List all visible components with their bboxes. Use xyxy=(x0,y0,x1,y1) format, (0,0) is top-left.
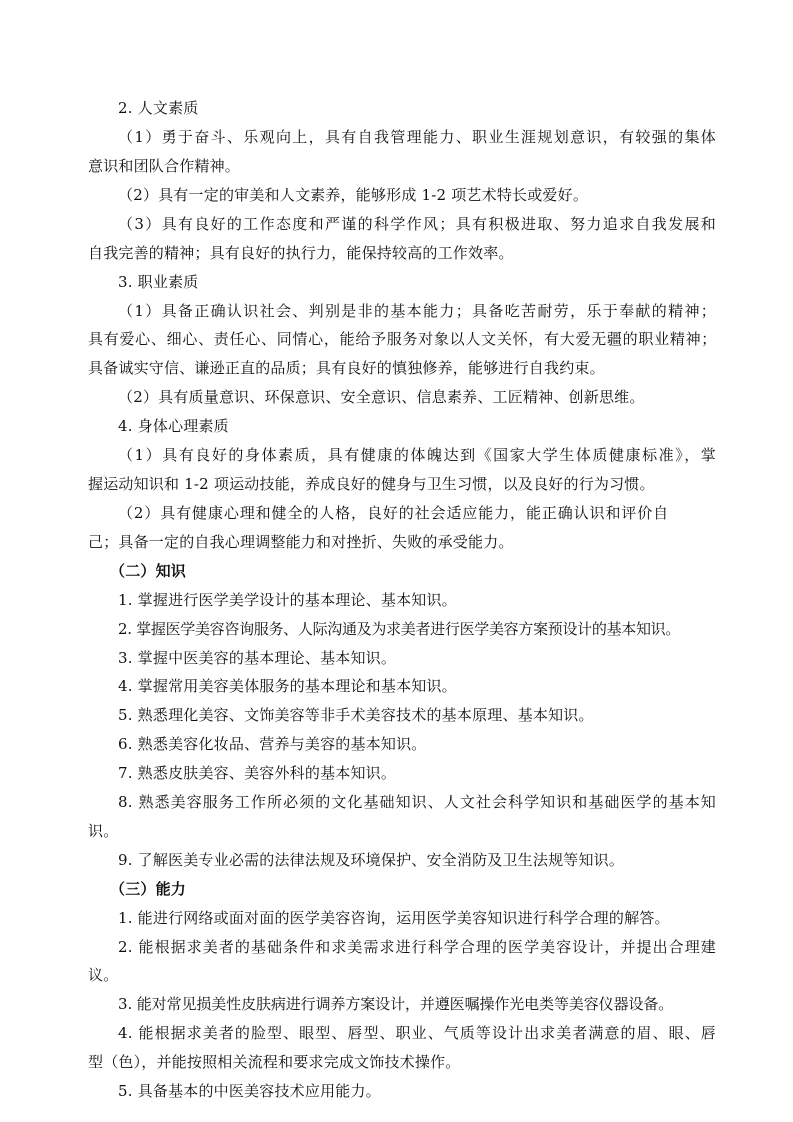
list-item: 7. 熟悉皮肤美容、美容外科的基本知识。 xyxy=(118,763,748,783)
paragraph-line: 具有爱心、细心、责任心、同情心，能给予服务对象以人文关怀，有大爱无疆的职业精神； xyxy=(88,329,716,349)
list-item-continuation: 识。 xyxy=(88,821,718,841)
list-item: 9. 了解医美专业必需的法律法规及环境保护、安全消防及卫生法规等知识。 xyxy=(118,850,748,870)
list-item: 3. 能对常见损美性皮肤病进行调养方案设计，并遵医嘱操作光电类等美容仪器设备。 xyxy=(118,994,748,1014)
document-page: 2. 人文素质 （1）勇于奋斗、乐观向上，具有自我管理能力、职业生涯规划意识，有… xyxy=(0,0,793,1122)
paragraph-line: 具备诚实守信、谦逊正直的品质；具有良好的慎独修养，能够进行自我约束。 xyxy=(88,358,718,378)
section-heading-knowledge: （二）知识 xyxy=(110,561,740,581)
paragraph-line: 己；具备一定的自我心理调整能力和对挫折、失败的承受能力。 xyxy=(88,532,718,552)
list-item: 1. 能进行网络或面对面的医学美容咨询，运用医学美容知识进行科学合理的解答。 xyxy=(118,908,748,928)
list-item-continuation: 型（色），并能按照相关流程和要求完成文饰技术操作。 xyxy=(88,1052,718,1072)
paragraph-line: （2）具有质量意识、环保意识、安全意识、信息素养、工匠精神、创新思维。 xyxy=(118,387,748,407)
list-item: 4. 掌握常用美容美体服务的基本理论和基本知识。 xyxy=(118,676,748,696)
list-item: 5. 熟悉理化美容、文饰美容等非手术美容技术的基本原理、基本知识。 xyxy=(118,705,748,725)
paragraph-line: （3）具有良好的工作态度和严谨的科学作风；具有积极进取、努力追求自我发展和 xyxy=(118,214,716,234)
subsection-title: 2. 人文素质 xyxy=(118,98,748,118)
paragraph-line: （1）具有良好的身体素质，具有健康的体魄达到《国家大学生体质健康标准》，掌 xyxy=(118,445,716,465)
list-item: 8. 熟悉美容服务工作所必须的文化基础知识、人文社会科学知识和基础医学的基本知 xyxy=(118,792,716,812)
list-item: 2. 能根据求美者的基础条件和求美需求进行科学合理的医学美容设计，并提出合理建 xyxy=(118,937,716,957)
subsection-title: 3. 职业素质 xyxy=(118,272,748,292)
list-item: 6. 熟悉美容化妆品、营养与美容的基本知识。 xyxy=(118,734,748,754)
subsection-title: 4. 身体心理素质 xyxy=(118,416,748,436)
section-heading-ability: （三）能力 xyxy=(110,879,740,899)
paragraph-line: （2）具有健康心理和健全的人格，良好的社会适应能力，能正确认识和评价自 xyxy=(118,503,748,523)
list-item: 2. 掌握医学美容咨询服务、人际沟通及为求美者进行医学美容方案预设计的基本知识。 xyxy=(118,619,748,639)
list-item: 3. 掌握中医美容的基本理论、基本知识。 xyxy=(118,648,748,668)
paragraph-line: 意识和团队合作精神。 xyxy=(88,156,718,176)
paragraph-line: （1）具备正确认识社会、判别是非的基本能力；具备吃苦耐劳，乐于奉献的精神； xyxy=(118,301,716,321)
list-item: 1. 掌握进行医学美学设计的基本理论、基本知识。 xyxy=(118,590,748,610)
paragraph-line: 握运动知识和 1-2 项运动技能，养成良好的健身与卫生习惯，以及良好的行为习惯。 xyxy=(88,474,718,494)
list-item: 4. 能根据求美者的脸型、眼型、唇型、职业、气质等设计出求美者满意的眉、眼、唇 xyxy=(118,1023,716,1043)
list-item-continuation: 议。 xyxy=(88,965,718,985)
paragraph-line: （2）具有一定的审美和人文素养，能够形成 1-2 项艺术特长或爱好。 xyxy=(118,185,748,205)
paragraph-line: （1）勇于奋斗、乐观向上，具有自我管理能力、职业生涯规划意识，有较强的集体 xyxy=(118,127,716,147)
list-item: 5. 具备基本的中医美容技术应用能力。 xyxy=(118,1081,748,1101)
paragraph-line: 自我完善的精神；具有良好的执行力，能保持较高的工作效率。 xyxy=(88,243,718,263)
